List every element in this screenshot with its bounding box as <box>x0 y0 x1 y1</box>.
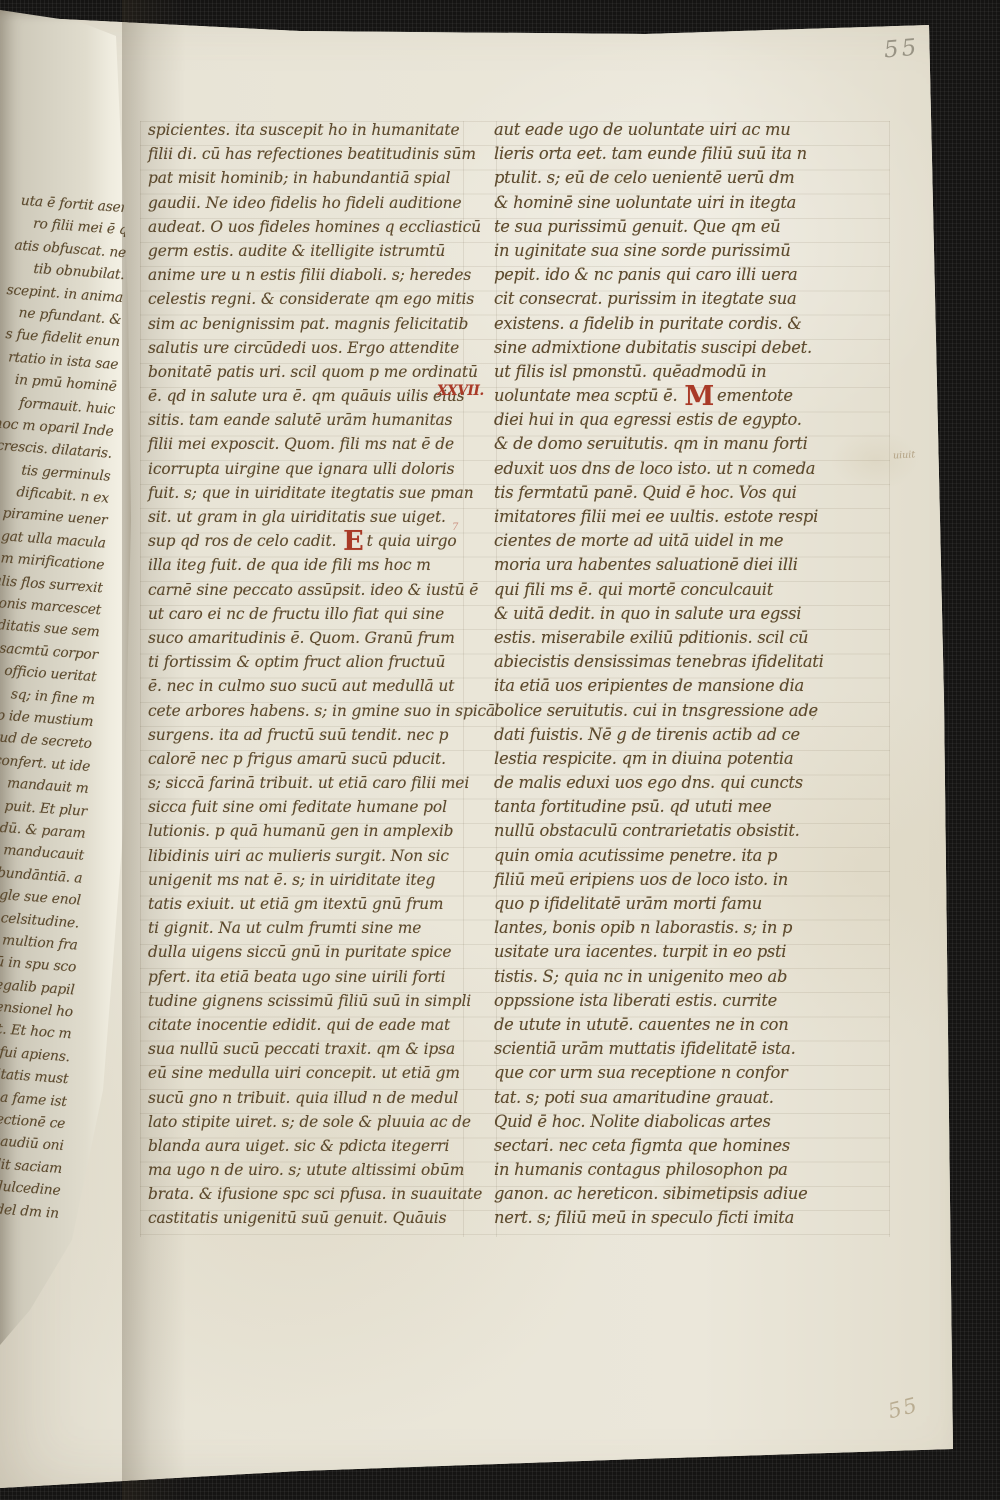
manuscript-line: sitis. tam eande salutē urām humanitas <box>148 408 466 432</box>
manuscript-line: pepit. ido & nc panis qui caro illi uera <box>494 263 884 287</box>
marginal-note: uiuit <box>893 449 916 461</box>
text-column-left: spicientes. ita suscepit ho in humanitat… <box>148 118 466 1231</box>
manuscript-line: nullū obstaculū contrarietatis obsistit. <box>494 819 884 843</box>
folio-number-bottom: 55 <box>886 1393 922 1424</box>
manuscript-line: sit. ut gram in gla uiriditatis sue uige… <box>148 505 466 529</box>
manuscript-line: germ estis. audite & itelligite istrumtū <box>148 239 466 263</box>
manuscript-line: sua nullū sucū peccati traxit. qm & ipsa <box>148 1037 466 1061</box>
manuscript-line: te sua purissimū genuit. Que qm eū <box>494 215 884 239</box>
manuscript-line: carnē sine peccato assūpsit. ideo & iust… <box>148 578 466 602</box>
manuscript-line: spicientes. ita suscepit ho in humanitat… <box>148 118 466 142</box>
manuscript-line: anime ure u n estis filii diaboli. s; he… <box>148 263 466 287</box>
manuscript-line: bolice seruitutis. cui in tnsgressione a… <box>494 699 884 723</box>
manuscript-line: ma ugo n de uiro. s; utute altissimi obū… <box>148 1158 466 1182</box>
manuscript-line: audeat. O uos fideles homines q eccliast… <box>148 215 466 239</box>
manuscript-line: ē. qd in salute ura ē. qm quāuis uilis e… <box>148 384 466 408</box>
manuscript-line: cit consecrat. purissim in itegtate sua <box>494 287 884 311</box>
manuscript-line: in uginitate sua sine sorde purissimū <box>494 239 884 263</box>
red-intercolumn-tick: 7 <box>452 522 458 533</box>
manuscript-line: pfert. ita etiā beata ugo sine uirili fo… <box>148 965 466 989</box>
manuscript-line: aut eade ugo de uoluntate uiri ac mu <box>494 118 884 142</box>
manuscript-line: & uitā dedit. in quo in salute ura egssi <box>494 602 884 626</box>
manuscript-line: eū sine medulla uiri concepit. ut etiā g… <box>148 1061 466 1085</box>
manuscript-line: filii di. cū has refectiones beatitudini… <box>148 142 466 166</box>
manuscript-line: lieris orta eet. tam eunde filiū suū ita… <box>494 142 884 166</box>
manuscript-line: fuit. s; que in uiriditate itegtatis sue… <box>148 481 466 505</box>
manuscript-line: gaudii. Ne ideo fidelis ho fideli auditi… <box>148 191 466 215</box>
manuscript-line: quin omia acutissime penetre. ita p <box>494 844 884 868</box>
manuscript-line: usitate ura iacentes. turpit in eo psti <box>494 940 884 964</box>
manuscript-line: eduxit uos dns de loco isto. ut n comeda <box>494 457 884 481</box>
manuscript-line: nert. s; filiū meū in speculo ficti imit… <box>494 1206 884 1230</box>
manuscript-line: sim ac benignissim pat. magnis felicitat… <box>148 312 466 336</box>
manuscript-line: blanda aura uiget. sic & pdicta itegerri <box>148 1134 466 1158</box>
manuscript-line: illa iteg fuit. de qua ide fili ms hoc m <box>148 553 466 577</box>
manuscript-line: suco amaritudinis ē. Quom. Granū frum <box>148 626 466 650</box>
manuscript-line: s; siccā farinā tribuit. ut etiā caro fi… <box>148 771 466 795</box>
manuscript-line: tatis exiuit. ut etiā gm itextū gnū frum <box>148 892 466 916</box>
manuscript-line: sucū gno n tribuit. quia illud n de medu… <box>148 1086 466 1110</box>
manuscript-line: filii mei exposcit. Quom. fili ms nat ē … <box>148 432 466 456</box>
manuscript-line: pat misit hominib; in habundantiā spial <box>148 166 466 190</box>
manuscript-line: ti fortissim & optim fruct alion fructuū <box>148 650 466 674</box>
manuscript-line: bonitatē patis uri. scil quom p me ordin… <box>148 360 466 384</box>
manuscript-line: dulla uigens siccū gnū in puritate spice <box>148 940 466 964</box>
manuscript-line: in humanis contagus philosophon pa <box>494 1158 884 1182</box>
manuscript-line: que cor urm sua receptione n confor <box>494 1061 884 1085</box>
manuscript-line: tudine gignens scissimū filiū suū in sim… <box>148 989 466 1013</box>
manuscript-line: de malis eduxi uos ego dns. qui cuncts <box>494 771 884 795</box>
manuscript-line: ita etiā uos eripientes de mansione dia <box>494 674 884 698</box>
manuscript-line: brata. & ifusione spc sci pfusa. in suau… <box>148 1182 466 1206</box>
manuscript-line: moria ura habentes saluationē diei illi <box>494 553 884 577</box>
manuscript-line: lato stipite uiret. s; de sole & pluuia … <box>148 1110 466 1134</box>
manuscript-line: diei hui in qua egressi estis de egypto. <box>494 408 884 432</box>
manuscript-line: sine admixtione dubitatis suscipi debet. <box>494 336 884 360</box>
manuscript-line: cientes de morte ad uitā uidel in me <box>494 529 884 553</box>
manuscript-line: ganon. ac hereticon. sibimetipsis adiue <box>494 1182 884 1206</box>
manuscript-line: cete arbores habens. s; in gmine suo in … <box>148 699 466 723</box>
manuscript-line: ē. nec in culmo suo sucū aut medullā ut <box>148 674 466 698</box>
manuscript-line: filiū meū eripiens uos de loco isto. in <box>494 868 884 892</box>
manuscript-line: tistis. S; quia nc in unigenito meo ab <box>494 965 884 989</box>
manuscript-line: calorē nec p frigus amarū sucū pducit. <box>148 747 466 771</box>
manuscript-line: estis. miserabile exiliū pditionis. scil… <box>494 626 884 650</box>
manuscript-line: abiecistis densissimas tenebras ifidelit… <box>494 650 884 674</box>
manuscript-line: sicca fuit sine omi feditate humane pol <box>148 795 466 819</box>
manuscript-line: ti gignit. Na ut culm frumti sine me <box>148 916 466 940</box>
manuscript-line: Quid ē hoc. Nolite diabolicas artes <box>494 1110 884 1134</box>
manuscript-line: salutis ure circūdedi uos. Ergo attendit… <box>148 336 466 360</box>
manuscript-line: icorrupta uirgine que ignara ulli dolori… <box>148 457 466 481</box>
manuscript-line: existens. a fidelib in puritate cordis. … <box>494 312 884 336</box>
folio-number-top: 55 <box>883 35 920 64</box>
text-column-right: aut eade ugo de uoluntate uiri ac mulier… <box>494 118 884 1231</box>
manuscript-line: lantes, bonis opib n laborastis. s; in p <box>494 916 884 940</box>
manuscript-line: & hominē sine uoluntate uiri in itegta <box>494 191 884 215</box>
manuscript-line: tanta fortitudine psū. qd ututi mee <box>494 795 884 819</box>
manuscript-line: uoluntate mea scptū ē. Mementote <box>494 384 884 408</box>
manuscript-line: tis fermtatū panē. Quid ē hoc. Vos qui <box>494 481 884 505</box>
manuscript-line: ptulit. s; eū de celo uenientē uerū dm <box>494 166 884 190</box>
manuscript-photo: 55 spicientes. ita suscepit ho in humani… <box>0 0 1000 1500</box>
manuscript-line: dati fuistis. Nē g de tirenis actib ad c… <box>494 723 884 747</box>
manuscript-line: ut caro ei nc de fructu illo fiat qui si… <box>148 602 466 626</box>
manuscript-line: qui fili ms ē. qui mortē conculcauit <box>494 578 884 602</box>
manuscript-line: lestia respicite. qm in diuina potentia <box>494 747 884 771</box>
manuscript-line: citate inocentie edidit. qui de eade mat <box>148 1013 466 1037</box>
manuscript-line: de utute in ututē. cauentes ne in con <box>494 1013 884 1037</box>
manuscript-line: unigenit ms nat ē. s; in uiriditate iteg <box>148 868 466 892</box>
manuscript-line: castitatis unigenitū suū genuit. Quāuis <box>148 1206 466 1230</box>
manuscript-line: libidinis uiri ac mulieris surgit. Non s… <box>148 844 466 868</box>
manuscript-page: 55 spicientes. ita suscepit ho in humani… <box>0 0 1000 1500</box>
manuscript-line: & de domo seruitutis. qm in manu forti <box>494 432 884 456</box>
manuscript-line: sup qd ros de celo cadit. Et quia uirgo <box>148 529 466 553</box>
manuscript-line: scientiā urām muttatis ifidelitatē ista. <box>494 1037 884 1061</box>
manuscript-line: surgens. ita ad fructū suū tendit. nec p <box>148 723 466 747</box>
manuscript-line: lutionis. p quā humanū gen in amplexib <box>148 819 466 843</box>
manuscript-line: oppssione ista liberati estis. currite <box>494 989 884 1013</box>
chapter-number-xxvii: XXVII. <box>437 383 484 399</box>
manuscript-line: imitatores filii mei ee uultis. estote r… <box>494 505 884 529</box>
margin-mark: 7 <box>810 710 817 723</box>
manuscript-line: celestis regni. & considerate qm ego mit… <box>148 287 466 311</box>
manuscript-line: tat. s; poti sua amaritudine grauat. <box>494 1086 884 1110</box>
manuscript-line: sectari. nec ceta figmta que homines <box>494 1134 884 1158</box>
manuscript-line: quo p ifidelitatē urām morti famu <box>494 892 884 916</box>
